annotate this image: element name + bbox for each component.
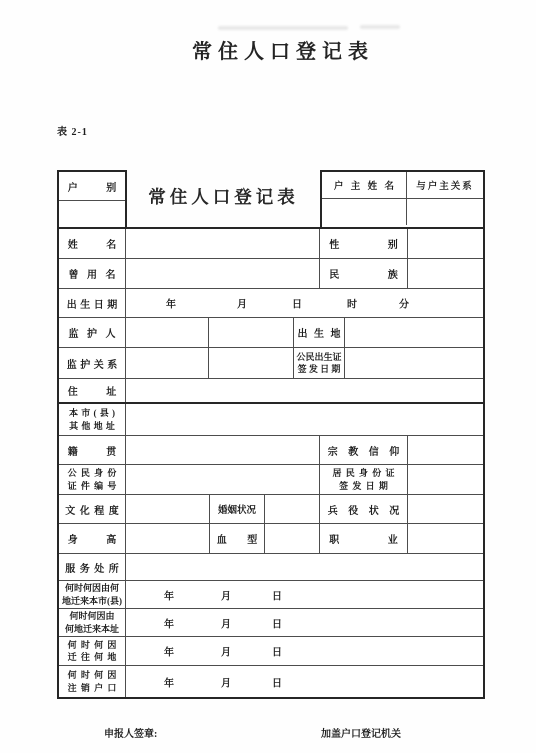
table-row: 曾 用 名 民 族 xyxy=(59,259,483,289)
table-row: 服 务 处 所 xyxy=(59,554,483,581)
moved-out-input[interactable]: 年 月 日 xyxy=(126,637,483,665)
address-label: 住 址 xyxy=(59,379,126,402)
table-row: 监 护 关 系 公民出生证 签 发 日 期 xyxy=(59,348,483,379)
former-name-label: 曾 用 名 xyxy=(59,259,126,288)
unit-year: 年 xyxy=(166,296,176,311)
head-of-household-box: 户 主 姓 名 与户主关系 xyxy=(320,170,485,227)
scan-artifact xyxy=(360,25,400,29)
table-row: 身 高 血 型 职 业 xyxy=(59,524,483,554)
former-name-input[interactable] xyxy=(126,259,320,288)
birth-cert-issue-input[interactable] xyxy=(345,348,483,378)
height-input[interactable] xyxy=(126,524,210,553)
unit-year: 年 xyxy=(164,644,174,659)
head-relation-input[interactable] xyxy=(407,199,483,225)
unit-day: 日 xyxy=(272,674,282,689)
household-type-input[interactable] xyxy=(59,201,125,225)
unit-day: 日 xyxy=(292,296,302,311)
ethnicity-input[interactable] xyxy=(408,259,483,288)
scan-artifact xyxy=(218,26,348,30)
citizen-id-input[interactable] xyxy=(126,465,320,494)
moved-to-addr-label: 何时何因由 何地迁来本址 xyxy=(59,609,126,636)
table-row: 公 民 身 份 证 件 编 号 居 民 身 份 证 签 发 日 期 xyxy=(59,465,483,495)
guardian-label: 监 护 人 xyxy=(59,318,126,347)
military-service-input[interactable] xyxy=(408,495,483,523)
guardian-input-1[interactable] xyxy=(126,318,209,347)
moved-to-city-label: 何时何因由何 地迁来本市(县) xyxy=(59,581,126,608)
head-of-household-input-row xyxy=(322,199,483,225)
address-input[interactable] xyxy=(126,379,483,402)
table-row: 何 时 何 因 注 销 户 口 年 月 日 xyxy=(59,666,483,697)
moved-to-city-input[interactable]: 年 月 日 xyxy=(126,581,483,608)
registration-table: 姓 名 性 别 曾 用 名 民 族 出 生 日 期 年 月 日 时 分 监 护 … xyxy=(57,227,485,699)
religion-input[interactable] xyxy=(408,436,483,464)
workplace-input[interactable] xyxy=(126,554,483,580)
sex-label: 性 别 xyxy=(320,229,408,258)
table-row: 籍 贯 宗 教 信 仰 xyxy=(59,436,483,465)
page-title: 常住人口登记表 xyxy=(0,35,536,64)
guardian-input-2[interactable] xyxy=(209,318,294,347)
head-of-household-header-row: 户 主 姓 名 与户主关系 xyxy=(322,172,483,199)
head-relation-label: 与户主关系 xyxy=(407,172,483,198)
inner-table-title: 常住人口登记表 xyxy=(127,184,320,209)
table-row: 住 址 xyxy=(59,379,483,404)
birth-date-input[interactable]: 年 月 日 时 分 xyxy=(126,289,483,317)
table-row: 出 生 日 期 年 月 日 时 分 xyxy=(59,289,483,318)
id-issue-date-input[interactable] xyxy=(408,465,483,494)
guardian-relation-input-1[interactable] xyxy=(126,348,209,378)
cancel-hukou-label: 何 时 何 因 注 销 户 口 xyxy=(59,666,126,697)
birth-cert-issue-label: 公民出生证 签 发 日 期 xyxy=(294,348,345,378)
occupation-input[interactable] xyxy=(408,524,483,553)
table-row: 何时何因由 何地迁来本址 年 月 日 xyxy=(59,609,483,637)
other-address-label: 本 市 ( 县 ) 其 他 地 址 xyxy=(59,404,126,435)
unit-month: 月 xyxy=(221,587,231,602)
workplace-label: 服 务 处 所 xyxy=(59,554,126,580)
birthplace-label: 出 生 地 xyxy=(294,318,345,347)
table-row: 监 护 人 出 生 地 xyxy=(59,318,483,348)
birthplace-input[interactable] xyxy=(345,318,483,347)
education-input[interactable] xyxy=(126,495,210,523)
unit-month: 月 xyxy=(237,296,247,311)
name-input[interactable] xyxy=(126,229,320,258)
native-place-label: 籍 贯 xyxy=(59,436,126,464)
unit-day: 日 xyxy=(272,615,282,630)
table-row: 姓 名 性 别 xyxy=(59,229,483,259)
unit-day: 日 xyxy=(272,587,282,602)
military-service-label: 兵 役 状 况 xyxy=(320,495,408,523)
religion-label: 宗 教 信 仰 xyxy=(320,436,408,464)
table-row: 文 化 程 度 婚姻状况 兵 役 状 况 xyxy=(59,495,483,524)
head-name-input[interactable] xyxy=(322,199,407,225)
moved-out-label: 何 时 何 因 迁 往 何 地 xyxy=(59,637,126,665)
registration-authority-seal-label: 加盖户口登记机关 xyxy=(321,725,401,740)
guardian-relation-label: 监 护 关 系 xyxy=(59,348,126,378)
moved-to-addr-input[interactable]: 年 月 日 xyxy=(126,609,483,636)
table-row: 何时何因由何 地迁来本市(县) 年 月 日 xyxy=(59,581,483,609)
marital-status-label: 婚姻状况 xyxy=(210,495,265,523)
blood-type-input[interactable] xyxy=(265,524,320,553)
registration-form-page: 常住人口登记表 表 2-1 户 别 常住人口登记表 户 主 姓 名 与户主关系 … xyxy=(0,0,536,753)
native-place-input[interactable] xyxy=(126,436,320,464)
unit-day: 日 xyxy=(272,644,282,659)
education-label: 文 化 程 度 xyxy=(59,495,126,523)
cancel-hukou-input[interactable]: 年 月 日 xyxy=(126,666,483,697)
height-label: 身 高 xyxy=(59,524,126,553)
unit-year: 年 xyxy=(164,587,174,602)
declarant-signature-label: 申报人签章: xyxy=(104,725,157,740)
guardian-relation-input-2[interactable] xyxy=(209,348,294,378)
unit-hour: 时 xyxy=(347,296,357,311)
unit-year: 年 xyxy=(164,615,174,630)
unit-year: 年 xyxy=(164,674,174,689)
household-type-label: 户 别 xyxy=(59,172,125,201)
sex-input[interactable] xyxy=(408,229,483,258)
blood-type-label: 血 型 xyxy=(210,524,265,553)
unit-month: 月 xyxy=(221,674,231,689)
birth-date-label: 出 生 日 期 xyxy=(59,289,126,317)
household-type-box: 户 别 xyxy=(57,170,127,227)
unit-minute: 分 xyxy=(399,296,409,311)
table-row: 何 时 何 因 迁 往 何 地 年 月 日 xyxy=(59,637,483,666)
table-number-label: 表 2-1 xyxy=(57,123,88,138)
other-address-input[interactable] xyxy=(126,404,483,435)
occupation-label: 职 业 xyxy=(320,524,408,553)
head-name-label: 户 主 姓 名 xyxy=(322,172,407,198)
citizen-id-label: 公 民 身 份 证 件 编 号 xyxy=(59,465,126,494)
name-label: 姓 名 xyxy=(59,229,126,258)
table-row: 本 市 ( 县 ) 其 他 地 址 xyxy=(59,404,483,436)
unit-month: 月 xyxy=(221,644,231,659)
marital-status-input[interactable] xyxy=(265,495,320,523)
id-issue-date-label: 居 民 身 份 证 签 发 日 期 xyxy=(320,465,408,494)
unit-month: 月 xyxy=(221,615,231,630)
ethnicity-label: 民 族 xyxy=(320,259,408,288)
